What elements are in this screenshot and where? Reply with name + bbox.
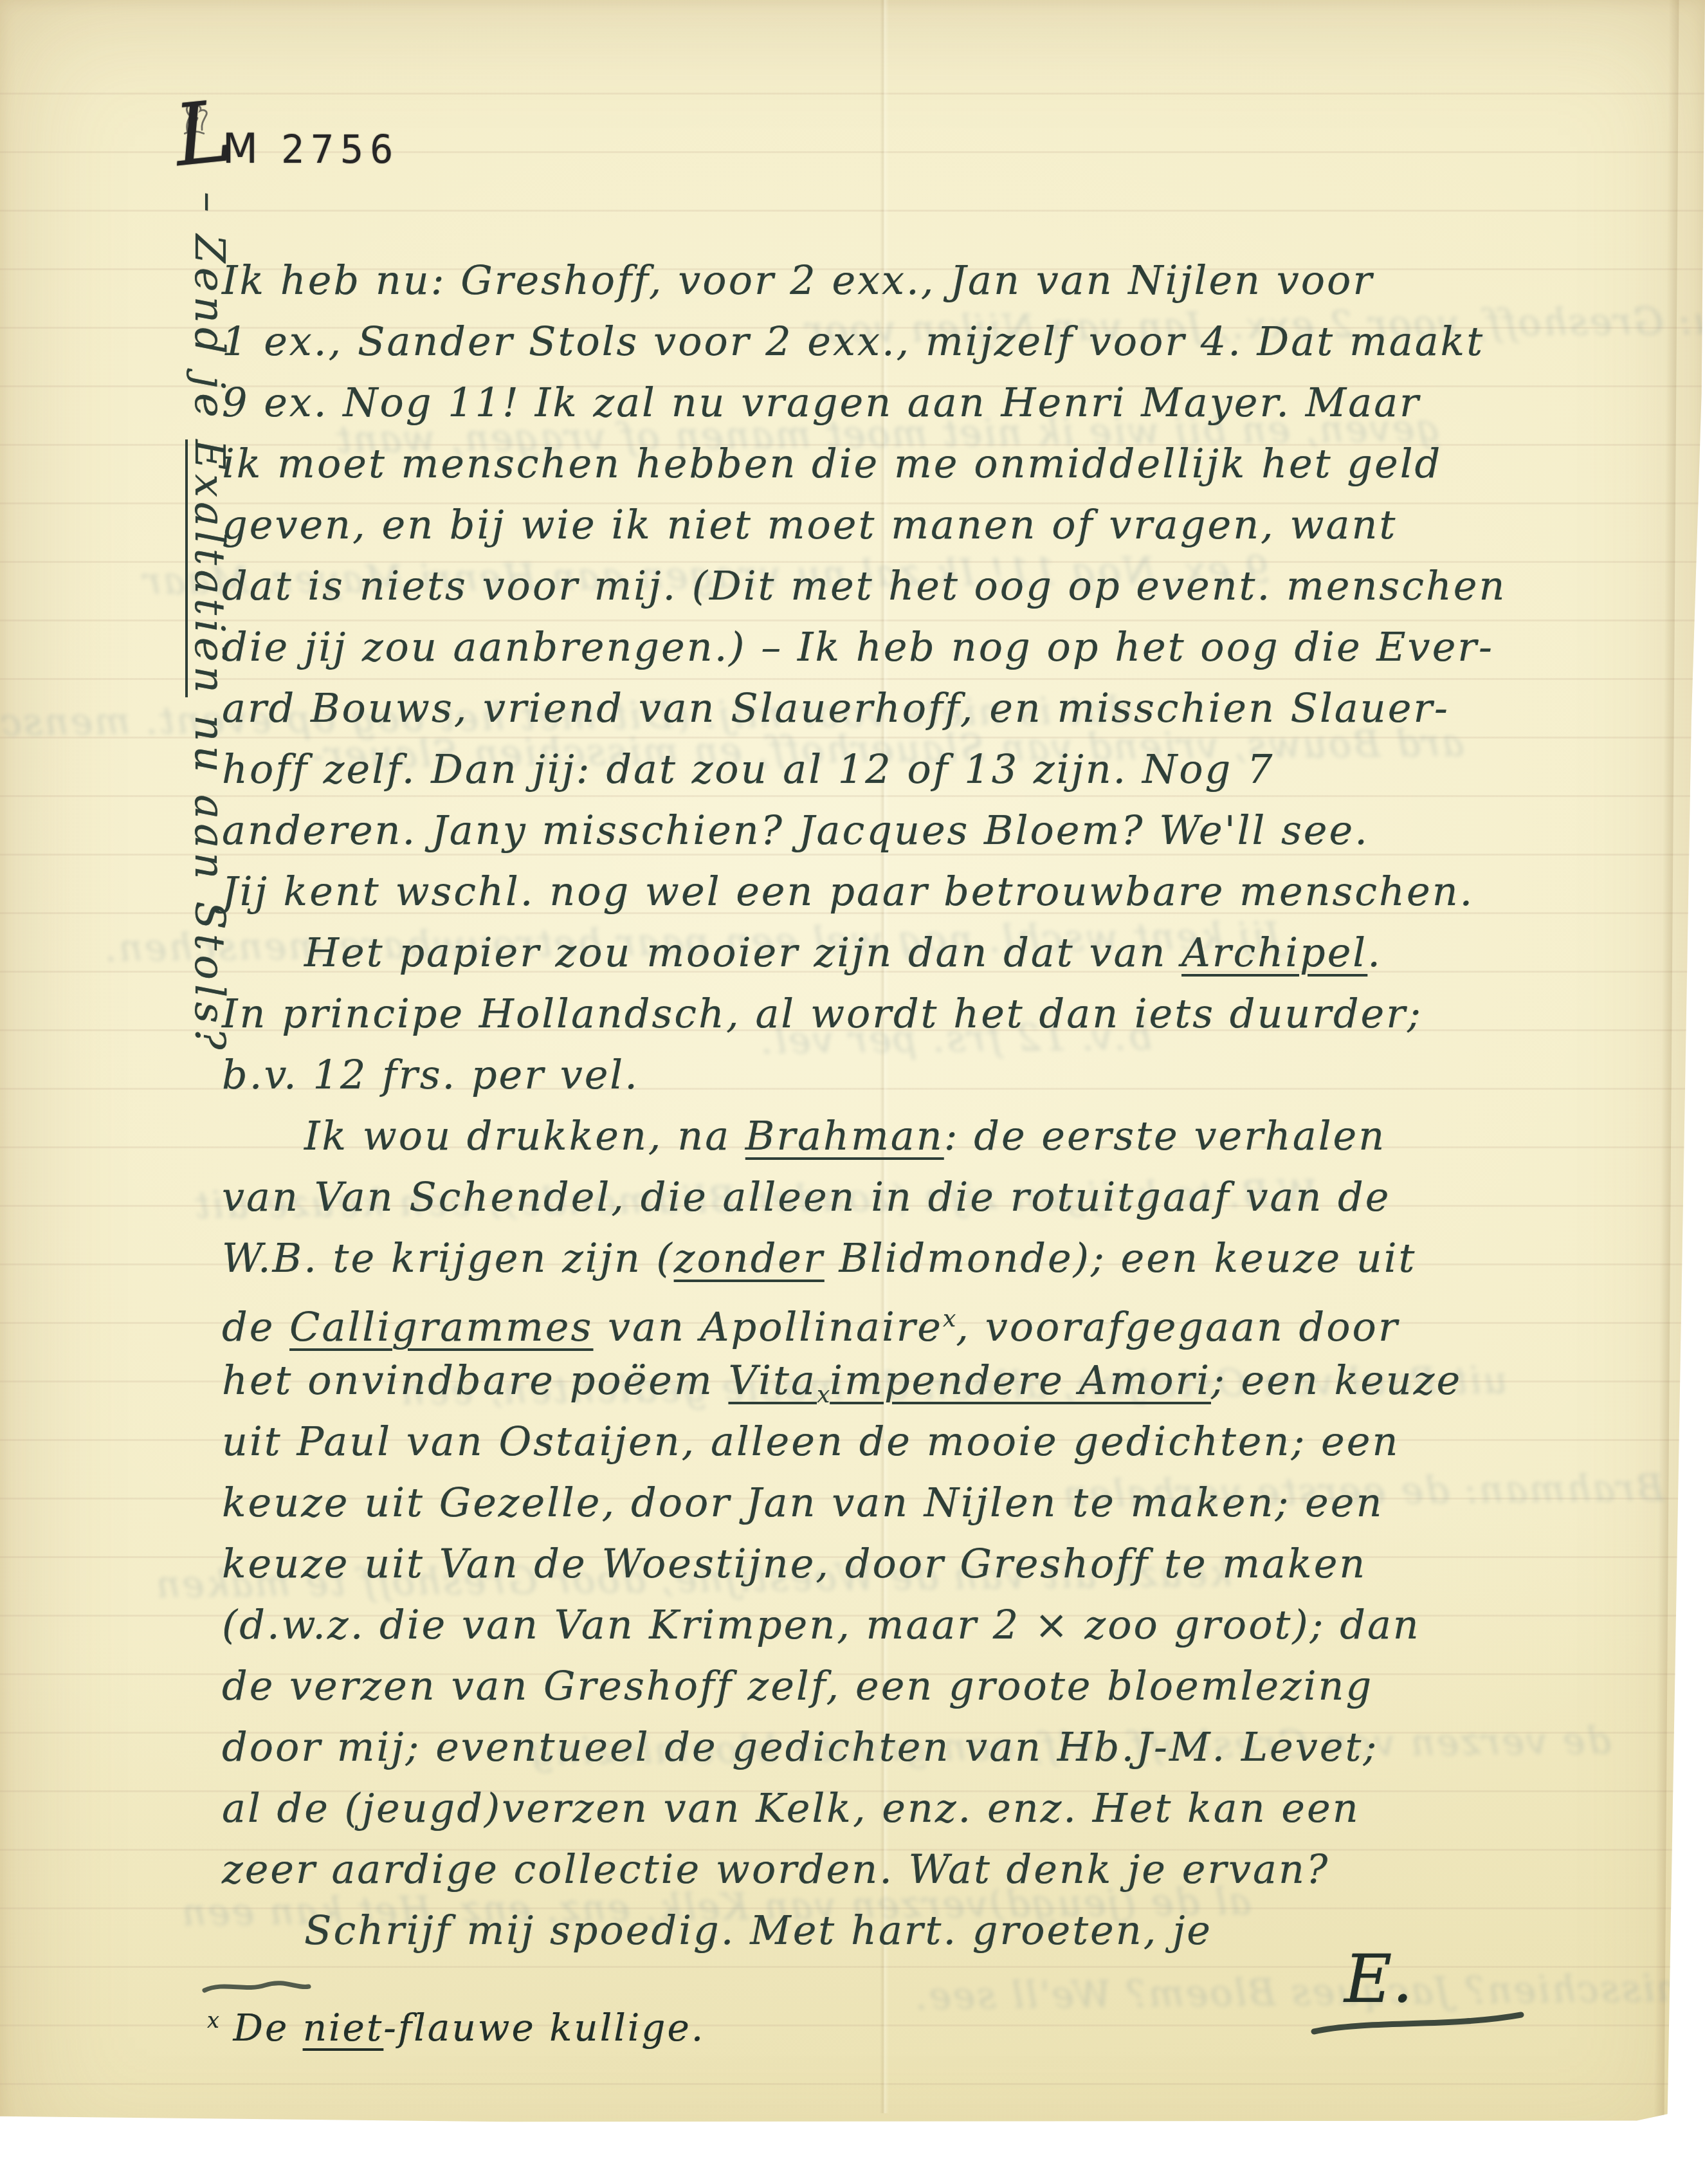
text-segment: door mij; eventueel de gedichten van Hb.… xyxy=(222,1723,1378,1770)
text-segment: al de (jeugd)verzen van Kelk, enz. enz. … xyxy=(222,1785,1360,1831)
text-segment: 1 ex., Sander Stols voor 2 exx., mijzelf… xyxy=(222,318,1484,365)
footnote: x De niet-flauwe kullige. xyxy=(207,2006,705,2050)
text-segment: Blidmonde); een keuze uit xyxy=(825,1234,1417,1281)
text-segment: Schrijf mij spoedig. Met hart. groeten, … xyxy=(304,1907,1212,1954)
letter-line: die jij zou aanbrengen.) – Ik heb nog op… xyxy=(222,616,1660,677)
letter-lines: Ik heb nu: Greshoff, voor 2 exx., Jan va… xyxy=(222,250,1660,1961)
signature-flourish xyxy=(1309,2008,1527,2041)
text-segment: . xyxy=(1367,929,1382,976)
letter-line: Ik wou drukken, na Brahman: de eerste ve… xyxy=(222,1105,1660,1166)
text-segment: van Apollinaire xyxy=(593,1303,943,1350)
text-segment: : de eerste verhalen xyxy=(944,1112,1387,1159)
text-segment: keuze uit Van de Woestijne, door Greshof… xyxy=(222,1540,1367,1587)
text-segment: x xyxy=(817,1382,830,1408)
letter-line: Schrijf mij spoedig. Met hart. groeten, … xyxy=(222,1900,1660,1961)
text-segment: ard Bouws, vriend van Slauerhoff, en mis… xyxy=(222,684,1450,731)
text-segment: die jij zou aanbrengen.) – Ik heb nog op… xyxy=(222,623,1494,670)
letter-line: door mij; eventueel de gedichten van Hb.… xyxy=(222,1716,1660,1777)
letter-line: Het papier zou mooier zijn dan dat van A… xyxy=(222,922,1660,983)
letter-line: zeer aardige collectie worden. Wat denk … xyxy=(222,1839,1660,1900)
text-segment: ik moet menschen hebben die me onmiddell… xyxy=(222,440,1442,487)
letter-line: al de (jeugd)verzen van Kelk, enz. enz. … xyxy=(222,1777,1660,1839)
letter-line: dat is niets voor mij. (Dit met het oog … xyxy=(222,555,1660,616)
letter-line: het onvindbare poëem Vitaximpendere Amor… xyxy=(222,1350,1660,1411)
text-segment: het onvindbare poëem xyxy=(222,1357,729,1404)
letter-line: keuze uit Gezelle, door Jan van Nijlen t… xyxy=(222,1472,1660,1533)
text-segment: Archipel xyxy=(1181,929,1367,976)
text-segment: W.B. te krijgen zijn ( xyxy=(222,1234,674,1281)
text-segment: ; een keuze xyxy=(1211,1357,1462,1404)
letter-line: W.B. te krijgen zijn (zonder Blidmonde);… xyxy=(222,1227,1660,1289)
letter-line: uit Paul van Ostaijen, alleen de mooie g… xyxy=(222,1411,1660,1472)
text-segment: x xyxy=(207,2008,219,2033)
text-segment: b.v. 12 frs. per vel. xyxy=(222,1051,639,1098)
text-segment: uit Paul van Ostaijen, alleen de mooie g… xyxy=(222,1418,1400,1465)
text-segment: x xyxy=(943,1306,956,1332)
text-segment: (d.w.z. die van Van Krimpen, maar 2 × zo… xyxy=(222,1601,1421,1648)
stamp-monogram-l: L xyxy=(172,99,235,169)
text-segment: -flauwe kullige. xyxy=(383,2006,705,2050)
letter-paper: Ik heb nu: Greshoff, voor 2 exx., Jan va… xyxy=(0,0,1705,2184)
text-segment: de xyxy=(222,1303,289,1350)
letter-line: 9 ex. Nog 11! Ik zal nu vragen aan Henri… xyxy=(222,372,1660,433)
text-segment: van Van Schendel, die alleen in die rotu… xyxy=(222,1173,1390,1220)
text-segment: , voorafgegaan door xyxy=(956,1303,1399,1350)
collection-stamp: LM2756 xyxy=(175,102,399,173)
letter-line: de Calligrammes van Apollinairex, vooraf… xyxy=(222,1289,1660,1350)
scanned-letter-page: Ik heb nu: Greshoff, voor 2 exx., Jan va… xyxy=(0,0,1705,2184)
letter-line: In principe Hollandsch, al wordt het dan… xyxy=(222,983,1660,1044)
text-segment: niet xyxy=(303,2006,384,2050)
text-segment: keuze uit Gezelle, door Jan van Nijlen t… xyxy=(222,1479,1383,1526)
letter-line: hoff zelf. Dan jij: dat zou al 12 of 13 … xyxy=(222,739,1660,800)
text-segment: In principe Hollandsch, al wordt het dan… xyxy=(222,990,1423,1037)
text-segment: de verzen van Greshoff zelf, een groote … xyxy=(222,1662,1373,1709)
letter-line: Jij kent wschl. nog wel een paar betrouw… xyxy=(222,861,1660,922)
letter-line: Ik heb nu: Greshoff, voor 2 exx., Jan va… xyxy=(222,250,1660,311)
text-segment: geven, en bij wie ik niet moet manen of … xyxy=(222,501,1397,548)
text-segment: zeer aardige collectie worden. Wat denk … xyxy=(222,1846,1329,1893)
text-segment: 9 ex. Nog 11! Ik zal nu vragen aan Henri… xyxy=(222,379,1421,426)
letter-line: keuze uit Van de Woestijne, door Greshof… xyxy=(222,1533,1660,1594)
text-segment: Ik wou drukken, na xyxy=(304,1112,745,1159)
letter-line: ik moet menschen hebben die me onmiddell… xyxy=(222,433,1660,494)
letter-line: 1 ex., Sander Stols voor 2 exx., mijzelf… xyxy=(222,311,1660,372)
stamp-number: 2756 xyxy=(281,127,400,172)
letter-line: de verzen van Greshoff zelf, een groote … xyxy=(222,1655,1660,1716)
letter-line: anderen. Jany misschien? Jacques Bloem? … xyxy=(222,800,1660,861)
text-segment: Calligrammes xyxy=(289,1303,593,1350)
text-segment: Ik heb nu: Greshoff, voor 2 exx., Jan va… xyxy=(222,257,1374,304)
text-segment: Het papier zou mooier zijn dan dat van xyxy=(304,929,1181,976)
text-segment: impendere Amori xyxy=(830,1357,1211,1404)
letter-line: b.v. 12 frs. per vel. xyxy=(222,1044,1660,1105)
letter-line: geven, en bij wie ik niet moet manen of … xyxy=(222,494,1660,555)
footnote-divider xyxy=(201,1976,313,2001)
text-segment: zonder xyxy=(674,1234,825,1281)
letter-line: (d.w.z. die van Van Krimpen, maar 2 × zo… xyxy=(222,1594,1660,1655)
text-segment: dat is niets voor mij. (Dit met het oog … xyxy=(222,562,1506,609)
text-segment: Vita xyxy=(729,1357,817,1404)
letter-line: van Van Schendel, die alleen in die rotu… xyxy=(222,1166,1660,1227)
text-segment: Brahman xyxy=(745,1112,944,1159)
text-segment: anderen. Jany misschien? Jacques Bloem? … xyxy=(222,807,1369,854)
signature: E. xyxy=(1344,1941,1413,2018)
text-segment: hoff zelf. Dan jij: dat zou al 12 of 13 … xyxy=(222,746,1274,793)
text-segment: Jij kent wschl. nog wel een paar betrouw… xyxy=(222,868,1474,915)
text-segment: De xyxy=(219,2006,303,2050)
letter-line: ard Bouws, vriend van Slauerhoff, en mis… xyxy=(222,677,1660,739)
